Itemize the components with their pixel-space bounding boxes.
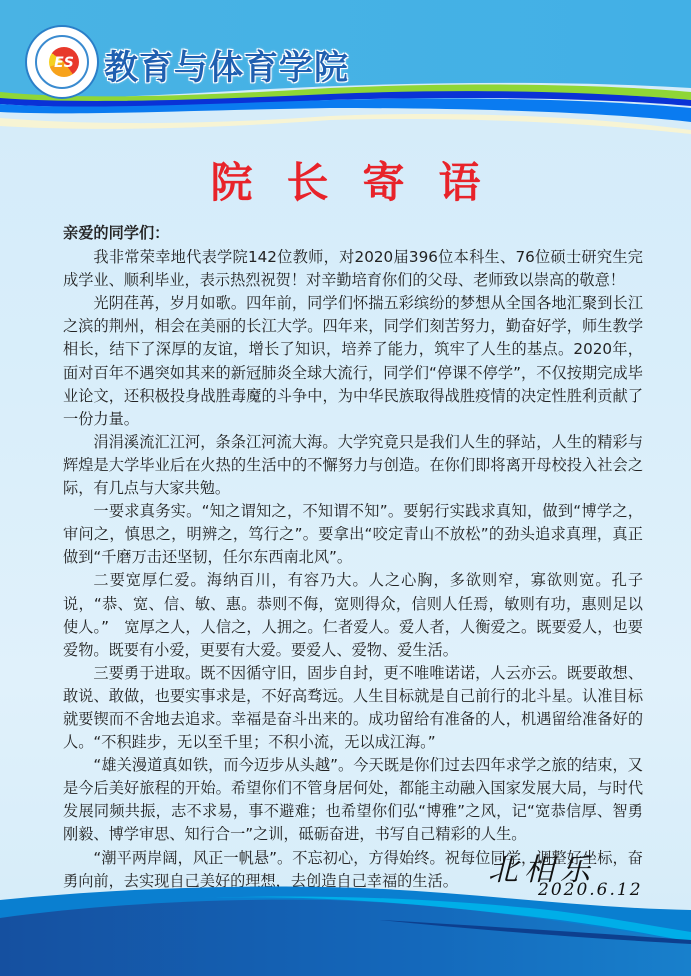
paragraph: 一要求真务实。“知之谓知之，不知谓不知”。要躬行实践求真知，做到“博学之，审问之… bbox=[63, 500, 643, 569]
paragraph: 三要勇于进取。既不因循守旧，固步自封，更不唯唯诺诺，人云亦云。既要敢想、敢说、敢… bbox=[63, 662, 643, 754]
letter-body: 亲爱的同学们： 我非常荣幸地代表学院142位教师，对2020届396位本科生、7… bbox=[63, 222, 643, 916]
footer-wave-graphic bbox=[0, 880, 691, 976]
footer-wave bbox=[0, 880, 691, 976]
college-logo: ES bbox=[29, 29, 95, 95]
greeting: 亲爱的同学们： bbox=[63, 222, 643, 245]
college-emblem-icon: ES bbox=[35, 35, 89, 89]
paragraph: “雄关漫道真如铁，而今迈步从头越”。今天既是你们过去四年求学之旅的结束，又是今后… bbox=[63, 754, 643, 846]
paragraph: 光阴荏苒，岁月如歌。四年前，同学们怀揣五彩缤纷的梦想从全国各地汇聚到长江之滨的荆… bbox=[63, 292, 643, 431]
header-banner: ES 教育与体育学院 bbox=[0, 0, 691, 140]
logo-text: ES bbox=[37, 55, 91, 71]
page-title: 院长寄语 bbox=[0, 150, 691, 210]
paragraph: 二要宽厚仁爱。海纳百川，有容乃大。人之心胸，多欲则窄，寡欲则宽。孔子说，“恭、宽… bbox=[63, 569, 643, 661]
paragraph: 涓涓溪流汇江河，条条江河流大海。大学究竟只是我们人生的驿站，人生的精彩与辉煌是大… bbox=[63, 431, 643, 500]
paragraph: 我非常荣幸地代表学院142位教师，对2020届396位本科生、76位硕士研究生完… bbox=[63, 246, 643, 292]
org-name: 教育与体育学院 bbox=[104, 40, 349, 89]
